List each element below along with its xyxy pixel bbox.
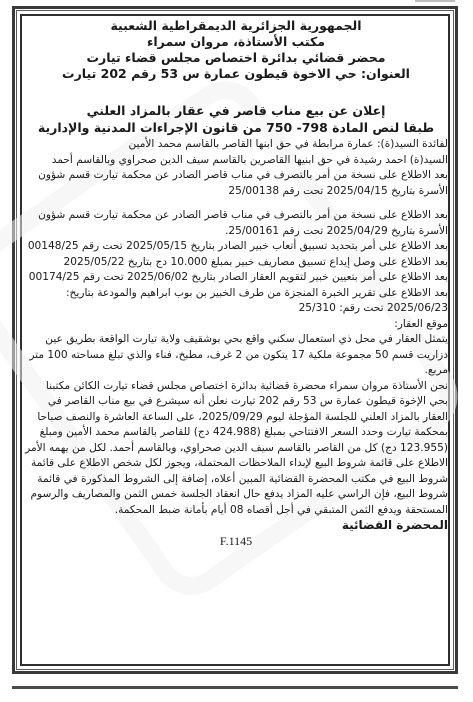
republic-name: الجمهورية الجزائرية الديمقراطية الشعبية — [24, 18, 448, 34]
recital-6: بعد الاطلاع على تقرير الخبرة المنجزة من … — [24, 286, 448, 317]
notice-body: لفائدة السيد(ة): عمارة مرابطة في حق ابنه… — [24, 137, 448, 518]
recital-5: بعد الاطلاع على أمر بتعيين خبير لتقويم ا… — [24, 270, 448, 286]
title-legal-basis: طبقا لنص المادة 798- 750 من قانون الإجرا… — [24, 119, 448, 136]
property-heading: موقع العقار: — [24, 317, 448, 333]
auction-notice: نحن الأستاذة مروان سمراء محضرة قضائية بد… — [24, 379, 448, 519]
scan-mark — [415, 0, 455, 2]
legal-notice: الجمهورية الجزائرية الديمقراطية الشعبية … — [24, 18, 448, 666]
recital-3: بعد الاطلاع على أمر بتحديد تسبيق أتعاب خ… — [24, 239, 448, 255]
office-name: مكتب الأستاذة، مروان سمراء — [24, 34, 448, 50]
beneficiary-2: السيد(ة) احمد رشيدة في حق ابنيها القاصري… — [24, 153, 448, 169]
title-main: إعلان عن بيع مناب قاصر في عقار بالمزاد ا… — [24, 102, 448, 119]
recital-4: بعد الاطلاع على وصل إيداع تسبيق مصاريف خ… — [24, 255, 448, 271]
office-address: العنوان: حي الاخوة قيطون عمارة س 53 رقم … — [24, 66, 448, 82]
beneficiary-1: لفائدة السيد(ة): عمارة مرابطة في حق ابنه… — [24, 137, 448, 153]
reference-number: F.1145 — [24, 534, 448, 549]
bottom-rule — [12, 686, 458, 689]
notice-title: إعلان عن بيع مناب قاصر في عقار بالمزاد ا… — [24, 102, 448, 136]
letterhead: الجمهورية الجزائرية الديمقراطية الشعبية … — [24, 18, 448, 82]
property-description: يتمثل العقار في محل ذي استعمال سكني واقع… — [24, 332, 448, 379]
recital-2: بعد الاطلاع على نسخة من أمر بالتصرف في م… — [24, 208, 448, 239]
bailiff-jurisdiction: محضر قضائي بدائرة اختصاص مجلس قضاء تيارت — [24, 50, 448, 66]
recital-1: بعد الاطلاع على نسخة من أمر بالتصرف في م… — [24, 168, 448, 199]
signature: المحضرة القضائية — [24, 518, 448, 532]
